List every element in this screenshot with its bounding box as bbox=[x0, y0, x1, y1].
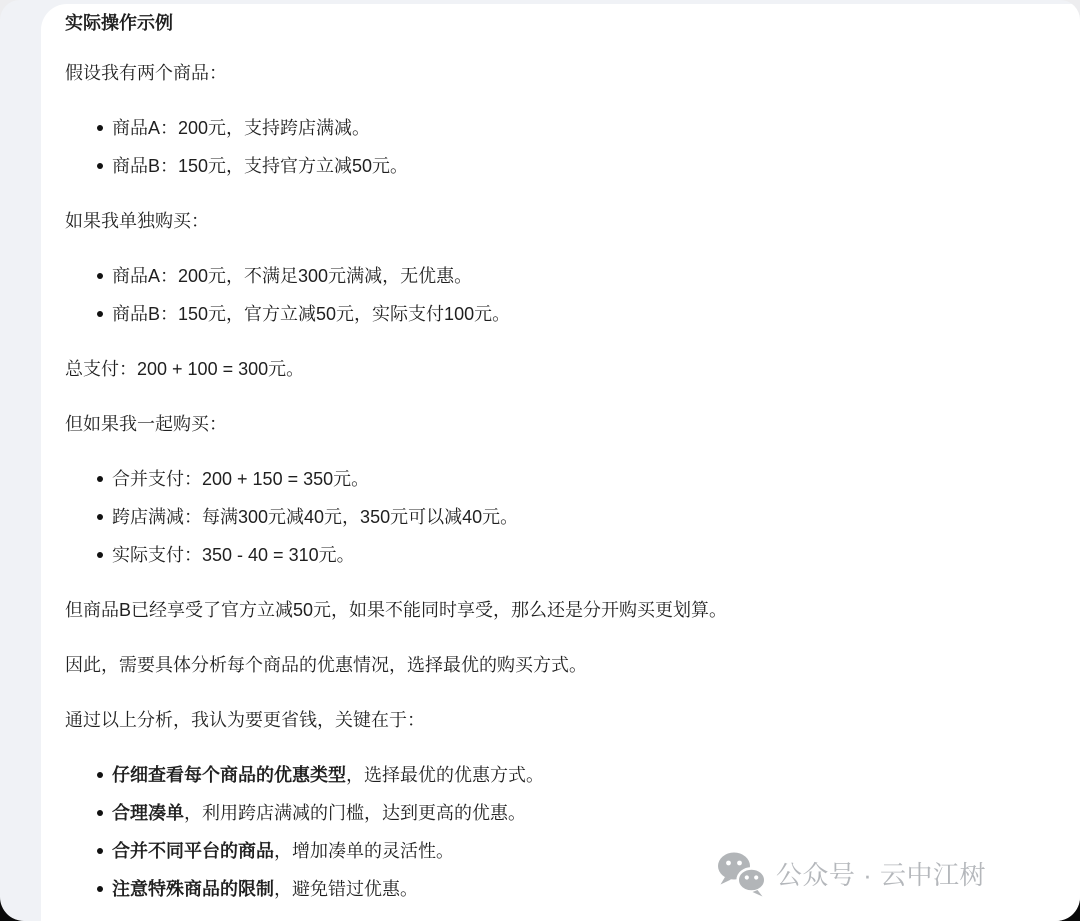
bullet-dot-icon bbox=[97, 886, 103, 892]
list-item-text: ，增加凑单的灵活性。 bbox=[274, 841, 454, 861]
app-window: 实际操作示例 假设我有两个商品： 商品A：200元，支持跨店满减。 商品B：15… bbox=[0, 0, 1080, 921]
paragraph: 总支付：200 + 100 = 300元。 bbox=[65, 350, 1050, 388]
bullet-dot-icon bbox=[97, 163, 103, 169]
list-item-text: 商品A：200元，不满足300元满减，无优惠。 bbox=[112, 266, 472, 286]
bullet-dot-icon bbox=[97, 476, 103, 482]
list-item-text: ，避免错过优惠。 bbox=[274, 879, 418, 899]
paragraph: 但如果我一起购买： bbox=[65, 405, 1050, 443]
bullet-list: 商品A：200元，支持跨店满减。 商品B：150元，支持官方立减50元。 bbox=[65, 109, 1050, 185]
paragraph: 因此，需要具体分析每个商品的优惠情况，选择最优的购买方式。 bbox=[65, 646, 1050, 684]
watermark-text: 公众号 · 云中江树 bbox=[776, 855, 986, 892]
bullet-list: 合并支付：200 + 150 = 350元。 跨店满减：每满300元减40元，3… bbox=[65, 460, 1050, 574]
bullet-dot-icon bbox=[97, 552, 103, 558]
list-item: 商品A：200元，支持跨店满减。 bbox=[65, 109, 1050, 147]
list-item-text: ，利用跨店满减的门槛，达到更高的优惠。 bbox=[184, 803, 526, 823]
list-item-text: 商品B：150元，支持官方立减50元。 bbox=[112, 156, 408, 176]
list-item: 合理凑单，利用跨店满减的门槛，达到更高的优惠。 bbox=[65, 794, 1050, 832]
list-item-text: 商品B：150元，官方立减50元，实际支付100元。 bbox=[112, 304, 510, 324]
list-item-text: 实际支付：350 - 40 = 310元。 bbox=[112, 545, 355, 565]
bullet-dot-icon bbox=[97, 810, 103, 816]
wechat-icon bbox=[715, 850, 767, 897]
bullet-dot-icon bbox=[97, 848, 103, 854]
list-item-bold-text: 合并不同平台的商品 bbox=[112, 841, 274, 861]
list-item-bold-text: 仔细查看每个商品的优惠类型 bbox=[112, 765, 346, 785]
bullet-dot-icon bbox=[97, 311, 103, 317]
list-item-bold-text: 合理凑单 bbox=[112, 803, 184, 823]
watermark: 公众号 · 云中江树 bbox=[715, 850, 986, 897]
section-heading: 实际操作示例 bbox=[65, 8, 1050, 38]
bullet-list: 商品A：200元，不满足300元满减，无优惠。 商品B：150元，官方立减50元… bbox=[65, 257, 1050, 333]
list-item: 合并支付：200 + 150 = 350元。 bbox=[65, 460, 1050, 498]
list-item-text: 合并支付：200 + 150 = 350元。 bbox=[112, 469, 369, 489]
paragraph: 通过以上分析，我认为要更省钱，关键在于： bbox=[65, 701, 1050, 739]
page-background: 实际操作示例 假设我有两个商品： 商品A：200元，支持跨店满减。 商品B：15… bbox=[0, 0, 1080, 921]
list-item-bold-text: 注意特殊商品的限制 bbox=[112, 879, 274, 899]
bullet-dot-icon bbox=[97, 772, 103, 778]
paragraph: 但商品B已经享受了官方立减50元，如果不能同时享受，那么还是分开购买更划算。 bbox=[65, 591, 1050, 629]
list-item: 商品A：200元，不满足300元满减，无优惠。 bbox=[65, 257, 1050, 295]
bullet-dot-icon bbox=[97, 125, 103, 131]
list-item: 跨店满减：每满300元减40元，350元可以减40元。 bbox=[65, 498, 1050, 536]
list-item-text: ，选择最优的优惠方式。 bbox=[346, 765, 544, 785]
paragraph: 如果我单独购买： bbox=[65, 202, 1050, 240]
list-item: 仔细查看每个商品的优惠类型，选择最优的优惠方式。 bbox=[65, 756, 1050, 794]
list-item-text: 跨店满减：每满300元减40元，350元可以减40元。 bbox=[112, 507, 518, 527]
list-item: 实际支付：350 - 40 = 310元。 bbox=[65, 536, 1050, 574]
list-item: 商品B：150元，支持官方立减50元。 bbox=[65, 147, 1050, 185]
list-item-text: 商品A：200元，支持跨店满减。 bbox=[112, 118, 370, 138]
paragraph: 假设我有两个商品： bbox=[65, 54, 1050, 92]
bullet-dot-icon bbox=[97, 273, 103, 279]
content-card: 实际操作示例 假设我有两个商品： 商品A：200元，支持跨店满减。 商品B：15… bbox=[41, 4, 1080, 921]
bullet-dot-icon bbox=[97, 514, 103, 520]
list-item: 商品B：150元，官方立减50元，实际支付100元。 bbox=[65, 295, 1050, 333]
